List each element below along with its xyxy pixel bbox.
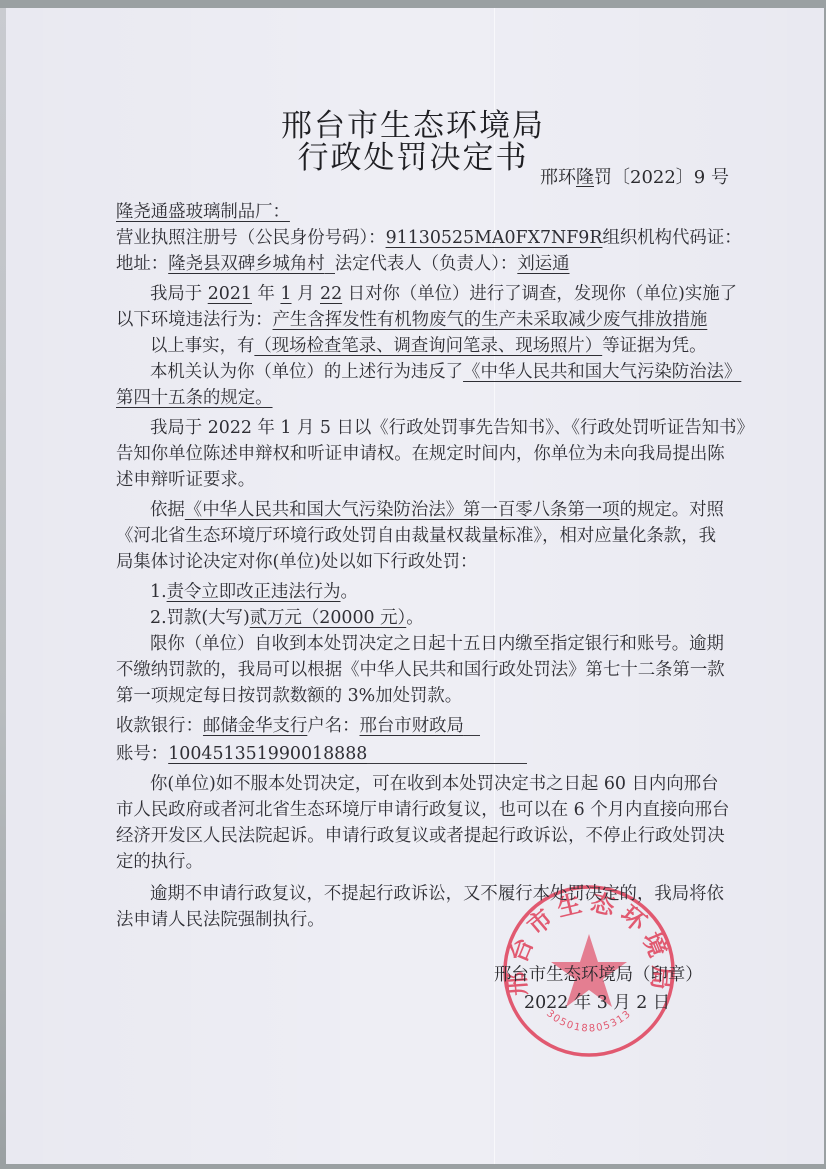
penalty-item-2: 2.罚款(大写)贰万元（20000 元）。: [150, 608, 750, 628]
legal-rep-label: 法定代表人（负责人）：: [335, 254, 518, 274]
fine-amount: 贰万元（20000 元）: [250, 608, 407, 628]
account-underline-pad: [367, 747, 527, 764]
investigation-year: 2021: [208, 284, 252, 304]
violated-law: 《中华人民共和国大气污染防治法》: [463, 362, 741, 382]
basis-line: 依据《中华人民共和国大气污染防治法》第一百零八条第一项的规定。对照: [150, 500, 750, 520]
bank-line: 收款银行：邮储金华支行户名：邢台市财政局: [116, 716, 716, 736]
license-line: 营业执照注册号（公民身份号码）：91130525MA0FX7NF9R组织机构代码…: [116, 228, 716, 248]
investigation-line-2: 以下环境违法行为：产生含挥发性有机物废气的生产未采取减少废气排放措施: [116, 310, 716, 330]
text: 。: [406, 608, 423, 628]
enforcement-line-1: 逾期不申请行政复议，不提起行政诉讼，又不履行本处罚决定的，我局将依: [150, 884, 750, 904]
bank-name: 邮储金华支行: [203, 716, 307, 736]
account-name: 邢台市财政局: [360, 716, 464, 736]
address-underline-pad: [325, 257, 335, 274]
basis-law: 《中华人民共和国大气污染防治法》第一百零八条第一项: [185, 500, 620, 520]
legal-rep-name: 刘运通: [517, 254, 569, 274]
penalty-correction: 责令立即改正违法行为: [167, 582, 341, 602]
doc-number-suffix: 罚〔2022〕9 号: [594, 167, 729, 188]
violation-description: 产生含挥发性有机物废气的生产未采取减少废气排放措施: [273, 310, 708, 330]
text: 日对你（单位）进行了调查，发现你（单位)实施了: [348, 284, 737, 304]
text: 依据: [150, 500, 185, 520]
text: 以上事实，有: [150, 336, 254, 356]
party-name: 隆尧通盛玻璃制品厂：: [116, 202, 290, 222]
violated-article: 第四十五条的规定。: [116, 388, 273, 408]
bank-label: 收款银行：: [116, 716, 203, 736]
text: 月: [297, 284, 314, 304]
account-name-underline-pad: [464, 719, 480, 736]
appeal-line-2: 市人民政府或者河北省生态环境厅申请行政复议，也可以在 6 个月内直接向邢台: [116, 800, 716, 820]
evidence-list: （现场检查笔录、调查询问笔录、现场照片）: [254, 336, 602, 356]
law-article-line: 第四十五条的规定。: [116, 388, 716, 408]
org-code-label: 组织机构代码证：: [602, 228, 741, 248]
address-label: 地址：: [116, 254, 168, 274]
payment-line-3: 第一项规定每日按罚款数额的 3%加处罚款。: [116, 686, 716, 706]
address-line: 地址：隆尧县双碑乡城角村法定代表人（负责人）：刘运通: [116, 254, 716, 274]
notice-line-1: 我局于 2022 年 1 月 5 日以《行政处罚事先告知书》、《行政处罚听证告知…: [150, 418, 750, 438]
text: 。: [341, 582, 358, 602]
text: 本机关认为你（单位）的上述行为违反了: [150, 362, 463, 382]
doc-number-county: 隆: [576, 167, 594, 188]
issuer-signature: 邢台市生态环境局（印章）: [494, 960, 703, 985]
notice-line-3: 述申辩听证要求。: [116, 470, 716, 490]
text: 我局于: [150, 284, 202, 304]
investigation-line-1: 我局于 2021 年 1 月 22 日对你（单位）进行了调查，发现你（单位)实施…: [150, 284, 750, 304]
appeal-line-4: 定的执行。: [116, 852, 716, 872]
text: 以下环境违法行为：: [116, 310, 273, 330]
payment-line-2: 不缴纳罚款的，我局可以根据《中华人民共和国行政处罚法》第七十二条第一款: [116, 660, 716, 680]
text: 的规定。对照: [620, 500, 724, 520]
penalty-item-1: 1.责令立即改正违法行为。: [150, 582, 750, 602]
document-number: 邢环隆罚〔2022〕9 号: [540, 163, 729, 189]
address-value: 隆尧县双碑乡城角村: [168, 254, 325, 274]
text: 年: [258, 284, 275, 304]
payment-line-1: 限你（单位）自收到本处罚决定之日起十五日内缴至指定银行和账号。逾期: [150, 634, 750, 654]
text: 等证据为凭。: [602, 336, 706, 356]
appeal-line-1: 你(单位)如不服本处罚决定，可在收到本处罚决定书之日起 60 日内向邢台: [150, 774, 750, 794]
issue-date: 2022 年 3 月 2 日: [524, 988, 670, 1013]
investigation-month: 1: [280, 284, 291, 304]
account-number-label: 账号：: [116, 744, 168, 764]
license-label: 营业执照注册号（公民身份号码）：: [116, 228, 386, 248]
doc-number-prefix: 邢环: [540, 167, 576, 188]
evidence-line: 以上事实，有（现场检查笔录、调查询问笔录、现场照片）等证据为凭。: [150, 336, 750, 356]
decision-line-3: 局集体讨论决定对你(单位)处以如下行政处罚：: [116, 552, 716, 572]
party-name-line: 隆尧通盛玻璃制品厂：: [116, 202, 716, 222]
notice-line-2: 告知你单位陈述申辩权和听证申请权。在规定时间内，你单位为未向我局提出陈: [116, 444, 716, 464]
text: 2.罚款(大写): [150, 608, 250, 628]
account-number: 100451351990018888: [168, 744, 367, 764]
law-line: 本机关认为你（单位）的上述行为违反了《中华人民共和国大气污染防治法》: [150, 362, 750, 382]
text: 1.: [150, 582, 167, 602]
appeal-line-3: 经济开发区人民法院起诉。申请行政复议或者提起行政诉讼，不停止行政处罚决: [116, 826, 716, 846]
account-name-label: 户名：: [307, 716, 359, 736]
license-number: 91130525MA0FX7NF9R: [386, 228, 603, 248]
decision-line-2: 《河北省生态环境厅环境行政处罚自由裁量权裁量标准》，相对应量化条款，我: [116, 526, 716, 546]
account-number-line: 账号：100451351990018888: [116, 744, 716, 764]
investigation-day: 22: [320, 284, 342, 304]
